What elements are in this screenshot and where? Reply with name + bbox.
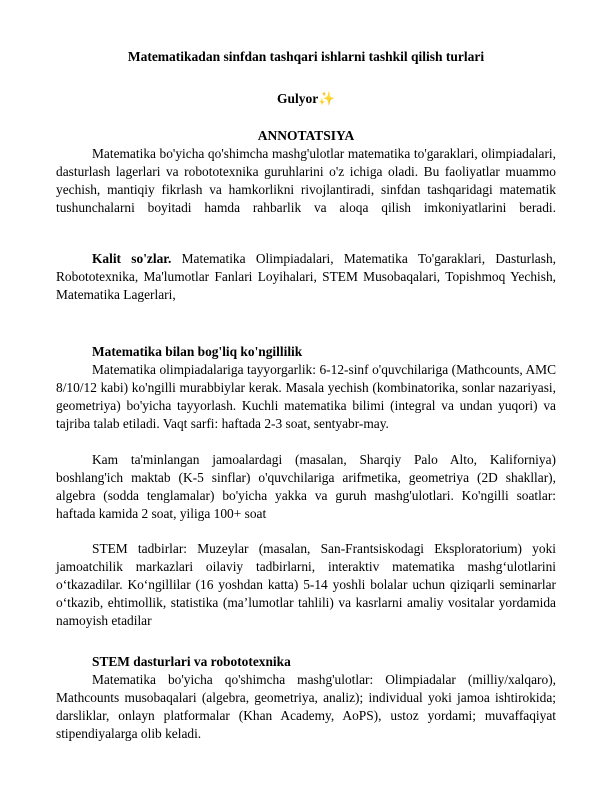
author-line: Gulyor✨ <box>56 90 556 108</box>
paragraph-tutoring: Kam ta'minlangan jamoalardagi (masalan, … <box>56 451 556 523</box>
section-heading-stem-robotics: STEM dasturlari va robototexnika <box>92 653 291 671</box>
section-heading-volunteering: Matematika bilan bog'liq ko'ngillilik <box>92 343 302 361</box>
sparkles-icon: ✨ <box>318 91 335 106</box>
document-title: Matematikadan sinfdan tashqari ishlarni … <box>56 48 556 66</box>
paragraph-extra-classes: Matematika bo'yicha qo'shimcha mashg'ulo… <box>56 671 556 743</box>
author-name: Gulyor <box>277 91 318 106</box>
keywords-paragraph: Kalit so'zlar. Matematika Olimpiadalari,… <box>56 250 556 304</box>
paragraph-stem-events: STEM tadbirlar: Muzeylar (masalan, San-F… <box>56 540 556 630</box>
paragraph-olympiad-prep: Matematika olimpiadalariga tayyorgarlik:… <box>56 361 556 433</box>
abstract-heading: ANNOTATSIYA <box>56 127 556 145</box>
abstract-paragraph: Matematika bo'yicha qo'shimcha mashg'ulo… <box>56 145 556 217</box>
keywords-label: Kalit so'zlar. <box>92 251 171 266</box>
